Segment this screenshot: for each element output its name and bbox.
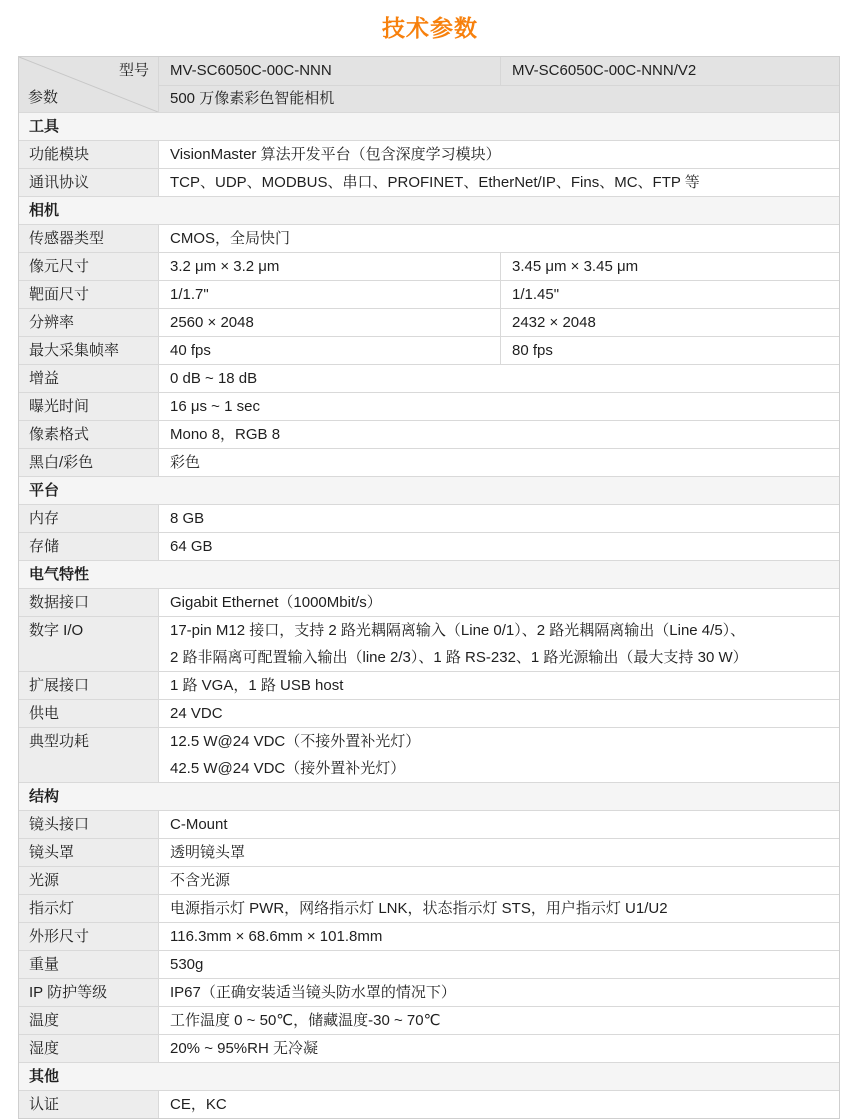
- spec-row: 分辨率2560 × 20482432 × 2048: [19, 308, 839, 336]
- spec-label: 温度: [19, 1007, 158, 1034]
- spec-row: 镜头罩透明镜头罩: [19, 838, 839, 866]
- spec-value: 64 GB: [158, 533, 839, 560]
- spec-value: 8 GB: [158, 505, 839, 532]
- spec-label: 供电: [19, 700, 158, 727]
- spec-row: 像元尺寸3.2 μm × 3.2 μm3.45 μm × 3.45 μm: [19, 252, 839, 280]
- spec-value: 1/1.45": [500, 281, 839, 308]
- spec-label: 内存: [19, 505, 158, 532]
- spec-label: 像素格式: [19, 421, 158, 448]
- section-header: 平台: [19, 476, 839, 504]
- spec-label: 增益: [19, 365, 158, 392]
- spec-value: 80 fps: [500, 337, 839, 364]
- spec-value: Mono 8，RGB 8: [158, 421, 839, 448]
- spec-label: 曝光时间: [19, 393, 158, 420]
- spec-row: 指示灯电源指示灯 PWR，网络指示灯 LNK，状态指示灯 STS，用户指示灯 U…: [19, 894, 839, 922]
- spec-row: IP 防护等级IP67（正确安装适当镜头防水罩的情况下）: [19, 978, 839, 1006]
- section-header: 工具: [19, 112, 839, 140]
- spec-row: 黑白/彩色彩色: [19, 448, 839, 476]
- spec-label: 通讯协议: [19, 169, 158, 196]
- spec-value: 彩色: [158, 449, 839, 476]
- spec-label: 黑白/彩色: [19, 449, 158, 476]
- spec-label: 镜头罩: [19, 839, 158, 866]
- spec-row: 重量530g: [19, 950, 839, 978]
- spec-value-line: 2 路非隔离可配置输入输出（line 2/3）、1 路 RS-232、1 路光源…: [170, 644, 828, 671]
- spec-label: 指示灯: [19, 895, 158, 922]
- spec-row: 增益0 dB ~ 18 dB: [19, 364, 839, 392]
- spec-value: CE，KC: [158, 1091, 839, 1118]
- model-name-cell: MV-SC6050C-00C-NNN: [158, 57, 500, 85]
- spec-row: 曝光时间16 μs ~ 1 sec: [19, 392, 839, 420]
- header-corner-cell: 型号参数: [19, 57, 158, 112]
- spec-label: 数字 I/O: [19, 617, 158, 671]
- spec-row: 像素格式Mono 8，RGB 8: [19, 420, 839, 448]
- spec-label: 传感器类型: [19, 225, 158, 252]
- spec-value-multiline: 12.5 W@24 VDC（不接外置补光灯）42.5 W@24 VDC（接外置补…: [158, 728, 839, 782]
- page-title: 技术参数: [0, 10, 860, 43]
- spec-row: 内存8 GB: [19, 504, 839, 532]
- spec-value: 2560 × 2048: [158, 309, 500, 336]
- spec-value: 116.3mm × 68.6mm × 101.8mm: [158, 923, 839, 950]
- spec-label: 数据接口: [19, 589, 158, 616]
- spec-label: 扩展接口: [19, 672, 158, 699]
- header-corner-param-label: 参数: [28, 87, 58, 109]
- section-header: 相机: [19, 196, 839, 224]
- spec-label: 典型功耗: [19, 728, 158, 782]
- spec-row: 温度工作温度 0 ~ 50℃，储藏温度-30 ~ 70℃: [19, 1006, 839, 1034]
- spec-value: Gigabit Ethernet（1000Mbit/s）: [158, 589, 839, 616]
- spec-row: 光源不含光源: [19, 866, 839, 894]
- spec-value: VisionMaster 算法开发平台（包含深度学习模块）: [158, 141, 839, 168]
- spec-value: CMOS，全局快门: [158, 225, 839, 252]
- spec-label: 像元尺寸: [19, 253, 158, 280]
- spec-row: 数据接口Gigabit Ethernet（1000Mbit/s）: [19, 588, 839, 616]
- spec-label: 靶面尺寸: [19, 281, 158, 308]
- section-header: 电气特性: [19, 560, 839, 588]
- product-description-cell: 500 万像素彩色智能相机: [158, 85, 839, 112]
- spec-value: 2432 × 2048: [500, 309, 839, 336]
- spec-row: 功能模块VisionMaster 算法开发平台（包含深度学习模块）: [19, 140, 839, 168]
- spec-value-multiline: 17-pin M12 接口，支持 2 路光耦隔离输入（Line 0/1）、2 路…: [158, 617, 839, 671]
- spec-label: 光源: [19, 867, 158, 894]
- spec-label: 存储: [19, 533, 158, 560]
- spec-label: 功能模块: [19, 141, 158, 168]
- spec-label: 湿度: [19, 1035, 158, 1062]
- spec-value: 1 路 VGA，1 路 USB host: [158, 672, 839, 699]
- spec-row: 认证CE，KC: [19, 1090, 839, 1118]
- spec-value: 40 fps: [158, 337, 500, 364]
- spec-row: 最大采集帧率40 fps80 fps: [19, 336, 839, 364]
- section-header: 其他: [19, 1062, 839, 1090]
- spec-row: 传感器类型CMOS，全局快门: [19, 224, 839, 252]
- spec-value: 20% ~ 95%RH 无冷凝: [158, 1035, 839, 1062]
- model-name-cell: MV-SC6050C-00C-NNN/V2: [500, 57, 839, 85]
- spec-value: 3.2 μm × 3.2 μm: [158, 253, 500, 280]
- table-header: 型号参数MV-SC6050C-00C-NNNMV-SC6050C-00C-NNN…: [19, 57, 839, 112]
- spec-value: 24 VDC: [158, 700, 839, 727]
- spec-row: 通讯协议TCP、UDP、MODBUS、串口、PROFINET、EtherNet/…: [19, 168, 839, 196]
- spec-value-line: 42.5 W@24 VDC（接外置补光灯）: [170, 755, 828, 782]
- spec-row: 典型功耗12.5 W@24 VDC（不接外置补光灯）42.5 W@24 VDC（…: [19, 727, 839, 782]
- spec-label: 认证: [19, 1091, 158, 1118]
- spec-label: 重量: [19, 951, 158, 978]
- spec-row: 存储64 GB: [19, 532, 839, 560]
- spec-value: 3.45 μm × 3.45 μm: [500, 253, 839, 280]
- spec-row: 供电24 VDC: [19, 699, 839, 727]
- spec-value: 不含光源: [158, 867, 839, 894]
- section-header: 结构: [19, 782, 839, 810]
- header-corner-model-label: 型号: [119, 60, 149, 82]
- spec-row: 湿度20% ~ 95%RH 无冷凝: [19, 1034, 839, 1062]
- spec-label: IP 防护等级: [19, 979, 158, 1006]
- spec-value: IP67（正确安装适当镜头防水罩的情况下）: [158, 979, 839, 1006]
- spec-label: 镜头接口: [19, 811, 158, 838]
- spec-value: TCP、UDP、MODBUS、串口、PROFINET、EtherNet/IP、F…: [158, 169, 839, 196]
- spec-value-line: 17-pin M12 接口，支持 2 路光耦隔离输入（Line 0/1）、2 路…: [170, 617, 828, 644]
- spec-value: 530g: [158, 951, 839, 978]
- spec-row: 扩展接口1 路 VGA，1 路 USB host: [19, 671, 839, 699]
- spec-table: 型号参数MV-SC6050C-00C-NNNMV-SC6050C-00C-NNN…: [18, 56, 840, 1119]
- spec-value: 透明镜头罩: [158, 839, 839, 866]
- spec-row: 外形尺寸116.3mm × 68.6mm × 101.8mm: [19, 922, 839, 950]
- spec-label: 外形尺寸: [19, 923, 158, 950]
- spec-value: 16 μs ~ 1 sec: [158, 393, 839, 420]
- spec-value-line: 12.5 W@24 VDC（不接外置补光灯）: [170, 728, 828, 755]
- spec-value: 0 dB ~ 18 dB: [158, 365, 839, 392]
- spec-value: 工作温度 0 ~ 50℃，储藏温度-30 ~ 70℃: [158, 1007, 839, 1034]
- spec-row: 数字 I/O17-pin M12 接口，支持 2 路光耦隔离输入（Line 0/…: [19, 616, 839, 671]
- spec-value: 1/1.7": [158, 281, 500, 308]
- spec-label: 分辨率: [19, 309, 158, 336]
- spec-row: 镜头接口C-Mount: [19, 810, 839, 838]
- spec-value: C-Mount: [158, 811, 839, 838]
- spec-row: 靶面尺寸1/1.7"1/1.45": [19, 280, 839, 308]
- spec-label: 最大采集帧率: [19, 337, 158, 364]
- spec-value: 电源指示灯 PWR，网络指示灯 LNK，状态指示灯 STS，用户指示灯 U1/U…: [158, 895, 839, 922]
